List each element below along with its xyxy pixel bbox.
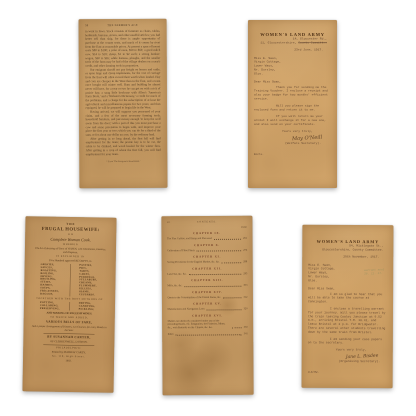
receipt-item: CUSTARDS.: [72, 293, 106, 297]
chapter-title: Saving Provisions for the English Market…: [167, 260, 220, 264]
chapter-page: 320: [244, 307, 248, 310]
methods-column-left: POTTING, COLLARING, PRESERVING,: [33, 301, 67, 310]
handwritten-signature: Jane L. Bisdee: [346, 353, 391, 360]
frugal-housewife-title-page: THE FRUGAL HOUSEWIFE: O R Complete Woman…: [22, 216, 116, 393]
salutation: Dear Miss Swan,: [254, 80, 331, 84]
running-head-spacer: [150, 24, 160, 27]
letter-paragraph: I am so glad to hear that you will be ab…: [308, 292, 387, 304]
chapter-title: Land Tax, &c. &c.: [167, 272, 186, 275]
chapter-row: Cultivation of Fibre Plants 274: [167, 248, 247, 252]
signer-title: (Organising Secretary).: [308, 359, 387, 363]
chapter-title: Matters not distinctly considered under …: [168, 319, 230, 329]
column-divider: [69, 264, 70, 296]
chapter-row: Manufactures and Navigation Laws 320: [168, 307, 248, 311]
chapter-row: Saving Provisions for the English Market…: [167, 260, 247, 264]
chapter-page: 312: [244, 295, 248, 298]
page-column-label: PAGE: [167, 226, 247, 229]
letter-content: WOMEN'S LAND ARMY 14, Gloucester Rd., 11…: [248, 20, 337, 188]
chapter-title: Manufactures and Navigation Laws: [168, 308, 205, 312]
letter-paragraph: Will you please sign the enclosed form a…: [254, 104, 331, 112]
paragraph: in want in Iowa. Stock consists of furni…: [85, 30, 160, 69]
contents-header-spacer: [236, 221, 247, 224]
chapter-row: Land Tax, &c. &c. 295: [167, 272, 247, 276]
methods-column-right: DRYING, CANDYING, PICKLING;: [72, 302, 106, 311]
receipt-column-right: PASTIES, PIES, TARTS, CAKES, PUDDINGS, S…: [72, 264, 107, 297]
letter-date: 29th November, 1917.: [308, 255, 387, 259]
closing: Yours very truly,: [308, 348, 387, 352]
address-line: 11, Gloucestershire, County Committee: [254, 41, 327, 45]
contents-title: CONTENTS.: [178, 221, 236, 224]
folio-number: xii: [167, 221, 178, 224]
document-collage: 58 THE FARMER'S AGE in want in Iowa. Sto…: [0, 0, 416, 416]
chapter-row: Mills, &c. &c. 303: [167, 284, 247, 288]
dot-leader: [184, 286, 241, 287]
dot-leader: [223, 297, 241, 298]
recipient-line: Glos.: [308, 279, 387, 283]
dot-leader: [214, 239, 241, 240]
book-title: FRUGAL HOUSEWIFE:: [30, 226, 111, 232]
author-place: OF CLERKENWELL, LONDON.: [28, 340, 109, 344]
chapter-entry: CHAPTER XII. Land Tax, &c. &c. 295: [167, 267, 247, 276]
methods-categories: POTTING, COLLARING, PRESERVING, DRYING, …: [33, 301, 106, 311]
index-row: Index 341: [168, 332, 248, 336]
chapter-heading: CHAPTER XVI.: [168, 314, 248, 318]
chapter-heading: CHAPTER X.: [167, 243, 247, 247]
land-army-letter-june: WOMEN'S LAND ARMY 14, Gloucester Rd., 11…: [248, 20, 337, 188]
column-divider: [69, 302, 70, 311]
chapter-page: 330: [244, 325, 248, 328]
chapter-heading: CHAPTER XI.: [167, 255, 247, 259]
signer-title: (Welfare Secretary).: [254, 141, 331, 145]
chapter-entry: CHAPTER XVI. Matters not distinctly cons…: [168, 314, 248, 329]
chapter-heading: CHAPTER IX.: [167, 232, 247, 236]
running-head-title: THE FARMER'S AGE: [95, 24, 150, 27]
enclosure-note: Encls.: [254, 153, 331, 156]
salutation: Dear Miss Swan,: [308, 287, 387, 291]
struck-text: County Committee: [298, 41, 327, 45]
letter-paragraph: I enclose a travelling warrant for your …: [308, 307, 387, 335]
chapter-heading: CHAPTER XV.: [167, 302, 247, 306]
chapter-page: 303: [243, 284, 247, 287]
dot-leader: [222, 262, 242, 263]
chapter-title: Quota to the Consumption of the United S…: [167, 296, 221, 300]
recipient-line: Glos.: [254, 72, 331, 76]
chapter-title: Mills, &c. &c.: [167, 284, 182, 287]
paragraph: Our emigrant should not pay freight on h…: [85, 68, 160, 111]
letter-paragraph: I am sending your case papers on to the …: [308, 337, 387, 345]
receipt-item: RAGOOS,: [33, 293, 67, 297]
chapter-entry: CHAPTER XIII. Mills, &c. &c. 303: [167, 279, 247, 288]
receipt-categories: GRAVIES, SAUCES, ROASTING, BOILING, FRYI…: [33, 263, 107, 297]
chapter-page: 261: [243, 237, 247, 240]
book-text-page: 58 THE FARMER'S AGE in want in Iowa. Sto…: [79, 19, 168, 188]
chapter-row: Quota to the Consumption of the United S…: [167, 295, 247, 299]
chapter-heading: CHAPTER XII.: [167, 267, 247, 271]
paragraph: Having arrived, we will suppose you poss…: [86, 110, 161, 137]
letter-content: WOMEN'S LAND ARMY 54, Micklegate St., Gl…: [302, 225, 394, 388]
contents-content: xii CONTENTS. PAGE CHAPTER IX. The Flax …: [161, 216, 253, 396]
letter-paragraph: If you will return me your armlet I will…: [254, 115, 331, 127]
dot-leader: [232, 327, 242, 328]
address-line-left: 11, Gloucestershire,: [260, 41, 296, 45]
address-line: Gloucestershire, County Committee.: [308, 248, 383, 252]
chapter-entry: CHAPTER XI. Saving Provisions for the En…: [167, 255, 247, 264]
body-text: in want in Iowa. Stock consists of furni…: [85, 30, 161, 157]
arrangement-line: And a proper Arrangement of Dinners, two…: [32, 325, 107, 333]
pencil-annotation: warrant sent 26. 11. 17.: [364, 268, 384, 276]
recipient-block: Miss E. Swan, Virgin Cottage, Lower Ways…: [254, 56, 331, 75]
land-army-letter-november: WOMEN'S LAND ARMY 54, Micklegate St., Gl…: [302, 225, 394, 388]
chapter-page: 295: [243, 272, 247, 275]
chapter-title: The Flax Culture, and Hemp and Flax-seed: [167, 237, 212, 241]
title-page-content: THE FRUGAL HOUSEWIFE: O R Complete Woman…: [22, 216, 116, 393]
handwritten-signature: May O'Neill: [292, 134, 337, 142]
chapter-page: 274: [243, 248, 247, 251]
chapter-entry: CHAPTER XIV. Quota to the Consumption of…: [167, 290, 247, 299]
chapter-heading: CHAPTER XIV.: [167, 290, 247, 294]
dot-leader: [189, 274, 242, 275]
letterhead-address: 54, Micklegate St., Gloucestershire, Cou…: [308, 244, 387, 252]
chapter-entry: CHAPTER IX. The Flax Culture, and Hemp a…: [167, 232, 247, 241]
chapter-page: 288: [243, 260, 247, 263]
imprint-year: 1802.: [28, 359, 109, 363]
author-line: BY SUSANNAH CARTER,: [28, 335, 109, 340]
footnote: * From 'The Emigrant's Hand-Book.': [86, 160, 161, 163]
letterhead-address: 14, Gloucester Rd., 11, Gloucestershire,…: [254, 37, 331, 45]
method-item: PRESERVING,: [33, 307, 67, 311]
letter-date: 23rd June, 1917.: [254, 48, 331, 52]
chapter-heading: CHAPTER XIII.: [167, 279, 247, 283]
page-number: 58: [85, 24, 95, 27]
contents-page: xii CONTENTS. PAGE CHAPTER IX. The Flax …: [161, 216, 253, 396]
book-page-content: 58 THE FARMER'S AGE in want in Iowa. Sto…: [79, 19, 168, 188]
closing: Yours very truly,: [254, 129, 331, 133]
chapter-entry: CHAPTER XV. Manufactures and Navigation …: [167, 302, 247, 311]
book-subtitle: Complete Woman Cook.: [30, 237, 111, 243]
chapter-row: Matters not distinctly considered under …: [168, 319, 248, 329]
chapter-title: Cultivation of Fibre Plants: [167, 249, 195, 252]
recipient-block: Miss E. Swan, Virgin Cottage, Lower Ways…: [308, 263, 387, 283]
running-head: 58 THE FARMER'S AGE: [85, 24, 160, 27]
dot-leader: [207, 309, 242, 310]
art-line: The Art of dressing all Sorts of VIANDS,…: [33, 247, 108, 255]
pencil-note-line: 26. 11. 17.: [364, 271, 384, 275]
receipt-column-left: GRAVIES, SAUCES, ROASTING, BOILING, FRYI…: [33, 263, 68, 296]
index-label: Index: [168, 333, 174, 336]
index-entry: Index 341: [168, 332, 248, 336]
contents-header: xii CONTENTS.: [167, 221, 247, 224]
paragraph: After getting in so long ahead, the firs…: [86, 137, 161, 157]
reference-mark: JLB/MW.: [308, 371, 387, 374]
dot-leader: [197, 250, 242, 251]
index-page: 341: [244, 332, 248, 335]
chapter-row: The Flax Culture, and Hemp and Flax-seed…: [167, 237, 247, 241]
letter-paragraph: Thank you for sending me the Training Vo…: [254, 85, 331, 101]
dot-leader: [176, 334, 242, 335]
method-item: PICKLING;: [72, 308, 106, 312]
chapter-entry: CHAPTER X. Cultivation of Fibre Plants 2…: [167, 243, 247, 252]
